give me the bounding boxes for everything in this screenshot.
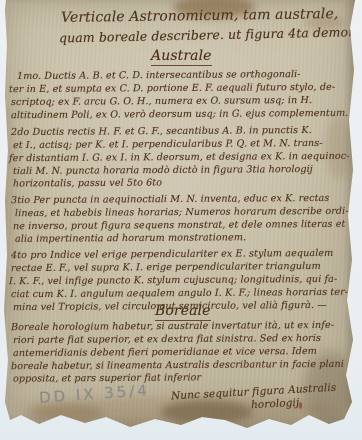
manuscript-text-line: et I., actisq; per K. et I. perpendicula… (13, 138, 323, 151)
manuscript-text-line: altitudinem Poli, ex O. verò deorsum usq… (11, 108, 349, 121)
manuscript-text-line: ciat cum K. I. angulum aequalem angulo I… (11, 287, 348, 300)
manuscript-text-line: 4to pro Indice vel erige perpendicularit… (11, 248, 333, 261)
manuscript-text-line: 3tio Per puncta in aequinoctiali M. N. i… (11, 193, 329, 206)
manuscript-text-line: fer distantiam I. G. ex I. in K. deorsum… (9, 151, 350, 164)
title-line-1: Verticale Astronomicum, tam australe, (61, 6, 339, 26)
manuscript-text-line: ne inverso, prout figura sequens monstra… (13, 219, 346, 232)
manuscript-text-line: antemeridianis debent fieri pomeridianae… (13, 346, 317, 359)
manuscript-text-line: tiali M. N. puncta horaria modò dictò in… (13, 164, 313, 177)
section-heading-boreale: Boreale (155, 303, 211, 321)
manuscript-text-line: 2do Ductis rectis H. F. et G. F., secant… (11, 125, 312, 138)
section-heading-australe: Australe (151, 48, 212, 66)
manuscript-text-line: alia impertinentia ad horarum monstratio… (15, 232, 246, 245)
title-line-2: quam boreale describere. ut figura 4ta d… (59, 24, 362, 46)
manuscript-text-line: boreale habetur, si lineamenta Australis… (11, 359, 344, 372)
manuscript-text-line: I. K. F., vel infige puncto K. stylum cu… (9, 274, 337, 287)
photo-background: Verticale Astronomicum, tam australe, qu… (0, 0, 362, 440)
manuscript-text-line: riori parte fiat superior, et ex dextra … (13, 333, 321, 346)
closing-note-line-2: horologij (251, 397, 300, 412)
manuscript-text-line: opposita, et pars superior fiat inferior (13, 372, 201, 384)
manuscript-text-line: rectae E. F., vel supra K. I. erige perp… (11, 261, 321, 274)
manuscript-text-line: scriptoq; ex F. arcu G. O. H., numera ex… (11, 95, 312, 108)
manuscript-text-line: Boreale horologium habetur, si australe … (11, 320, 334, 333)
manuscript-page: Verticale Astronomicum, tam australe, qu… (3, 0, 355, 430)
manuscript-text-line: lineas, et habebis lineas horarias; Nume… (15, 206, 349, 219)
paper-edge-shading (3, 414, 355, 430)
manuscript-text-line: horizontalis, passu vel 5to 6to (13, 177, 162, 189)
manuscript-text-line: 1mo. Ductis A. B. et C. D. intersecantib… (17, 69, 301, 82)
manuscript-text-line: ter in E, et sumpta ex C. D. portione E.… (9, 82, 335, 95)
